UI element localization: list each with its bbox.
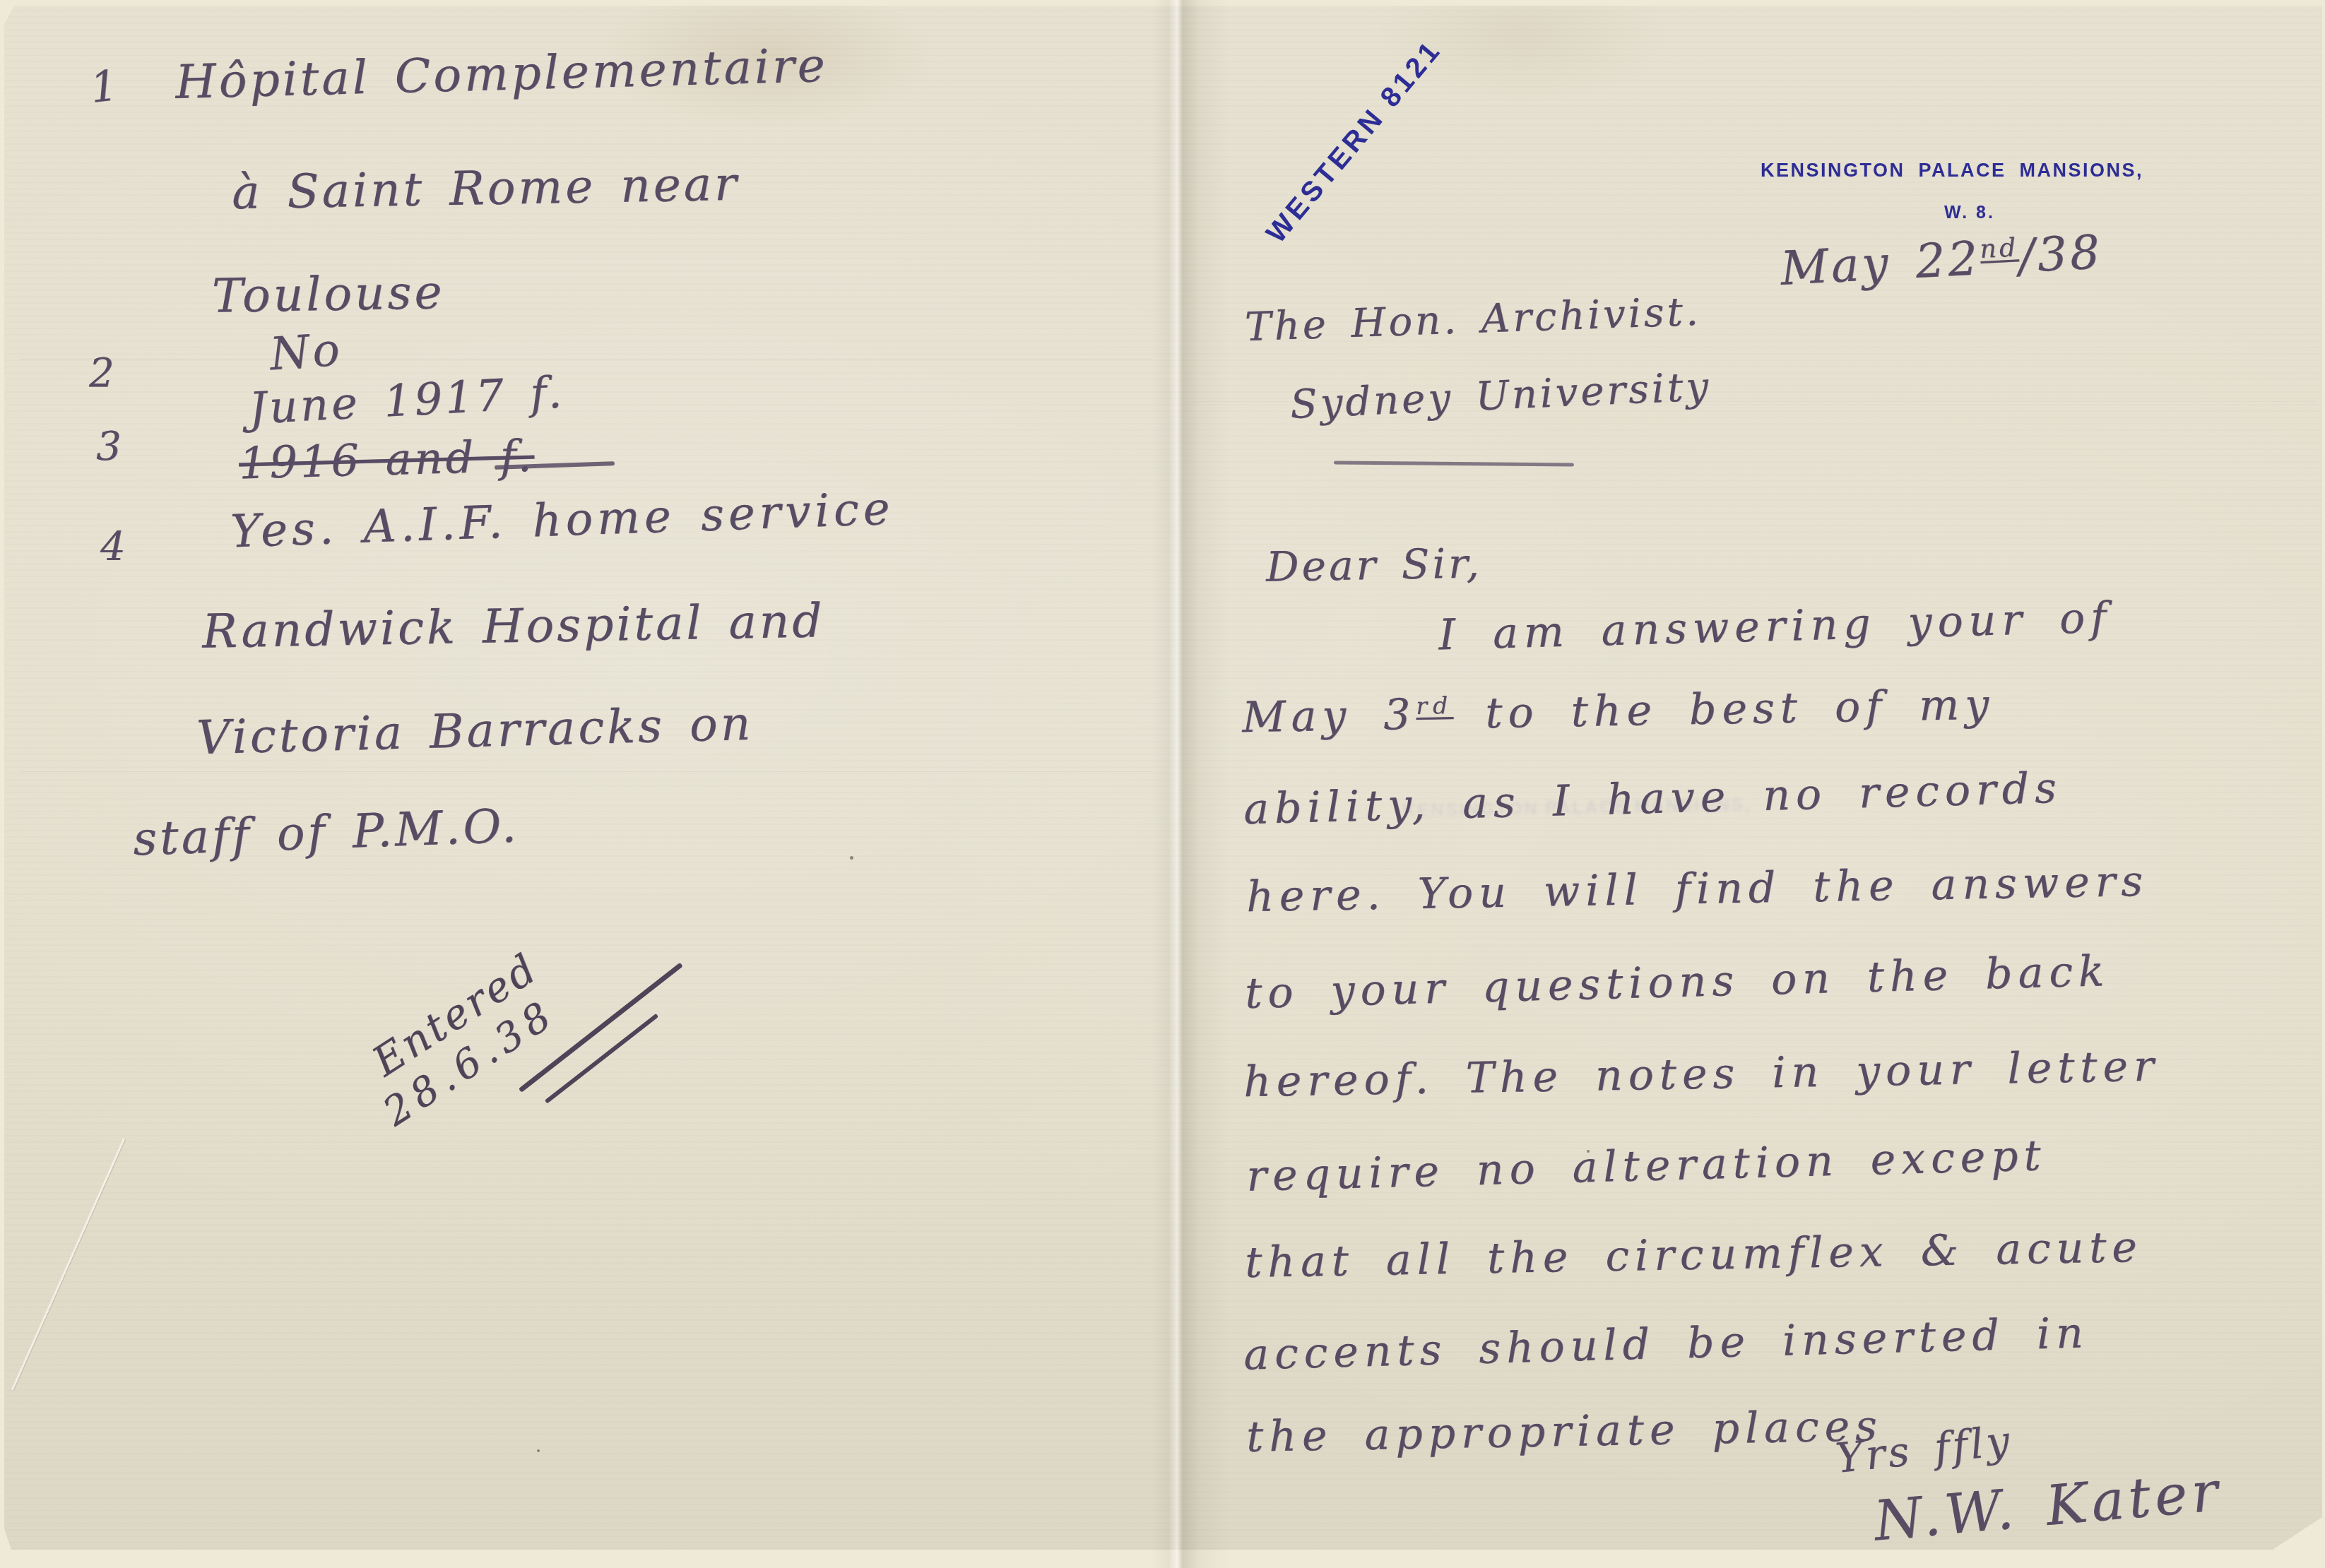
crease-right-lower: [1187, 945, 2317, 947]
note-item-1-line-3: Toulouse: [211, 265, 445, 323]
salutation: Dear Sir,: [1265, 539, 1482, 590]
note-item-4-number: 4: [100, 524, 129, 570]
crease-left-lower: [20, 770, 1154, 772]
letter-date-day: May 22: [1779, 231, 1982, 296]
letter-body-line-2-ordinal: rd: [1416, 691, 1454, 720]
letterhead-address: KENSINGTON PALACE MANSIONS,: [1761, 160, 2143, 182]
letter-date-ordinal: nd: [1979, 232, 2019, 264]
note-item-1-number: 1: [88, 61, 122, 113]
paper-speck: [537, 1449, 540, 1452]
center-fold-crease: [1152, 0, 1229, 1568]
letter-body-line-2a: May 3: [1241, 690, 1416, 742]
scanned-letter: { "scan": { "paper_color": "#e3decc", "b…: [0, 0, 2325, 1568]
note-item-2-number: 2: [89, 350, 117, 396]
note-item-2-answer: No: [268, 324, 344, 381]
letterhead-postal-district: W. 8.: [1944, 203, 1995, 223]
note-item-4-line-2: Randwick Hospital and: [201, 593, 825, 658]
paper-speck: [850, 856, 853, 860]
note-item-3-number: 3: [96, 424, 124, 470]
note-item-3-struck-text: 1916 and f.: [238, 430, 535, 489]
letter-body-line-2b: to the best of my: [1453, 680, 1995, 739]
crease-left-upper: [21, 357, 1152, 360]
note-item-1-line-2: à Saint Rome near: [231, 157, 740, 220]
letter-date-year: /38: [2018, 225, 2104, 283]
